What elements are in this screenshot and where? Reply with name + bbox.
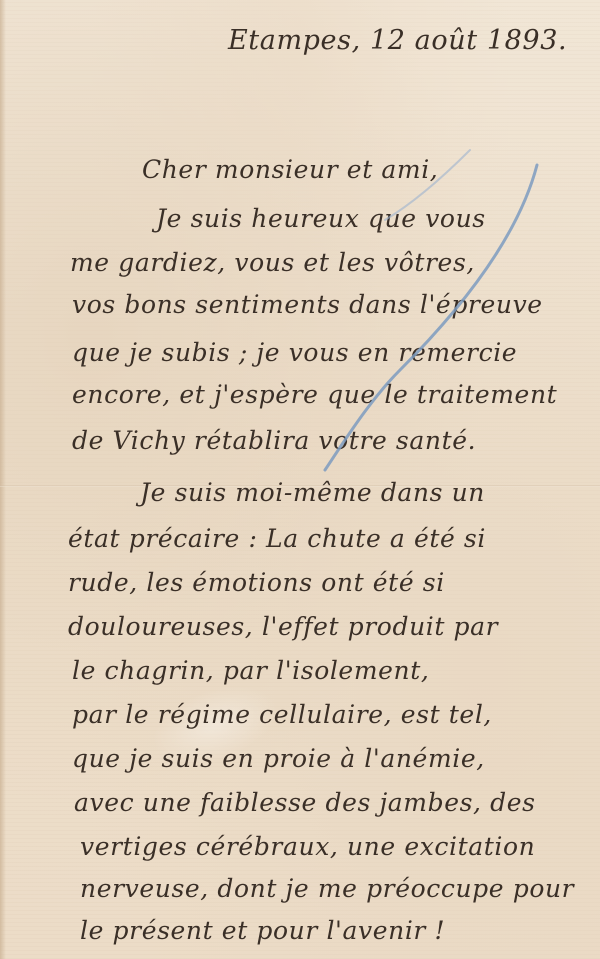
- body-line: par le régime cellulaire, est tel,: [72, 702, 492, 727]
- body-line: nerveuse, dont je me préoccupe pour: [80, 876, 574, 901]
- paper-edge: [0, 0, 6, 959]
- body-line: douloureuses, l'effet produit par: [68, 614, 498, 639]
- body-line: Je suis heureux que vous: [156, 206, 486, 231]
- body-line: vos bons sentiments dans l'épreuve: [72, 292, 543, 317]
- dateline: Etampes, 12 août 1893.: [228, 27, 567, 54]
- salutation: Cher monsieur et ami,: [142, 157, 438, 182]
- body-line: avec une faiblesse des jambes, des: [74, 790, 536, 815]
- body-line: vertiges cérébraux, une excitation: [80, 834, 535, 859]
- body-line: de Vichy rétablira votre santé.: [72, 428, 476, 453]
- body-line: me gardiez, vous et les vôtres,: [70, 250, 475, 275]
- body-line: Je suis moi-même dans un: [140, 480, 485, 505]
- body-line: que je suis en proie à l'anémie,: [72, 746, 485, 771]
- body-line: le présent et pour l'avenir !: [80, 918, 445, 943]
- body-line: rude, les émotions ont été si: [68, 570, 445, 595]
- body-line: état précaire : La chute a été si: [68, 526, 486, 551]
- body-line: encore, et j'espère que le traitement: [72, 382, 557, 407]
- body-line: que je subis ; je vous en remercie: [72, 340, 517, 365]
- letter-page: Etampes, 12 août 1893. Cher monsieur et …: [0, 0, 600, 959]
- body-line: le chagrin, par l'isolement,: [72, 658, 429, 683]
